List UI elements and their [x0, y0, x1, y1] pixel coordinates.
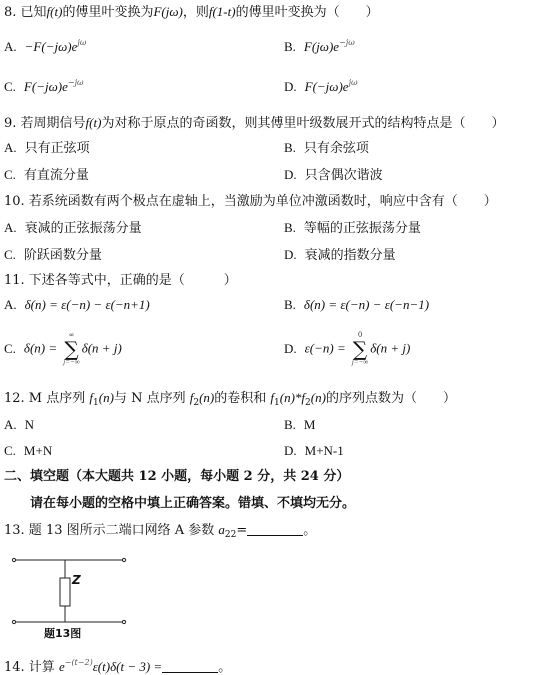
stem-text: 的序列点数为（ ） [326, 391, 456, 406]
q8-option-d[interactable]: D.F(−jω)ejω [284, 74, 358, 97]
stem-text: 。 [218, 660, 231, 675]
q9-option-a[interactable]: A.只有正弦项 [4, 139, 90, 158]
answer-blank[interactable] [162, 660, 218, 673]
q8-option-b[interactable]: B.F(jω)e−jω [284, 34, 355, 57]
section-2-instruction: 请在每小题的空格中填上正确答案。错填、不填均无分。 [30, 495, 355, 513]
stem-text: = [236, 523, 247, 538]
q11-option-d[interactable]: D.ε(−n) = 0∑j=−∞δ(n + j) [284, 332, 410, 366]
answer-blank[interactable] [247, 523, 303, 536]
option-expr: −F(−jω)e [25, 39, 78, 54]
option-label: C. [4, 247, 16, 262]
question-8-stem: 8. 已知f(t)的傅里叶变换为F(jω)，则f(1-t)的傅里叶变换为（ ） [4, 3, 379, 22]
stem-text: 13. 题 13 图所示二端口网络 A 参数 [4, 523, 214, 538]
stem-text: 的傅里叶变换为（ ） [236, 5, 379, 20]
question-14-stem: 14. 计算 e−(t−2)ε(t)δ(t − 3) =。 [4, 654, 231, 675]
option-label: A. [4, 140, 17, 155]
math-expr: ε(t)δ(t − 3) = [93, 659, 163, 674]
option-exponent: −jω [68, 78, 84, 87]
q8-option-a[interactable]: A.−F(−jω)ejω [4, 34, 86, 57]
option-text: 只有正弦项 [25, 141, 90, 156]
option-label: D. [284, 443, 297, 458]
option-label: A. [4, 39, 17, 54]
option-rhs: δ(n + j) [82, 341, 122, 356]
option-label: C. [4, 167, 16, 182]
option-expr: δ(n) = ε(−n) − ε(−n+1) [25, 297, 150, 312]
option-expr: F(−jω)e [305, 79, 349, 94]
q12-option-c[interactable]: C.M+N [4, 442, 52, 461]
exponent: −(t−2) [65, 658, 93, 667]
q10-option-c[interactable]: C.阶跃函数分量 [4, 246, 102, 265]
option-expr: F(−jω)e [24, 79, 68, 94]
q8-option-c[interactable]: C.F(−jω)e−jω [4, 74, 84, 97]
subscript: 22 [225, 530, 236, 540]
stem-text: 。 [303, 523, 316, 538]
stem-text: 的傅里叶变换为 [62, 5, 153, 20]
question-10-stem: 10. 若系统函数有两个极点在虚轴上，当激励为单位冲激函数时，响应中含有（ ） [4, 193, 497, 211]
summation-symbol: ∞∑j=−∞ [63, 332, 79, 366]
sum-lower-limit: j=−∞ [63, 359, 79, 366]
math-f-t: f(t) [47, 4, 63, 19]
option-label: A. [4, 220, 17, 235]
q9-option-c[interactable]: C.有直流分量 [4, 166, 89, 185]
option-expr: δ(n) = ε(−n) − ε(−n−1) [304, 297, 429, 312]
option-text: N [25, 417, 34, 432]
stem-text: 与 N 点序列 [114, 391, 186, 406]
q12-option-d[interactable]: D.M+N-1 [284, 442, 344, 461]
q9-option-d[interactable]: D.只含偶次谐波 [284, 166, 383, 185]
q10-option-b[interactable]: B.等幅的正弦振荡分量 [284, 219, 421, 238]
option-label: B. [284, 140, 296, 155]
q11-option-c[interactable]: C.δ(n) = ∞∑j=−∞δ(n + j) [4, 332, 122, 366]
q12-option-b[interactable]: B.M [284, 416, 315, 435]
option-label: B. [284, 297, 296, 312]
stem-text: 14. 计算 [4, 660, 55, 675]
question-11-stem: 11. 下述各等式中，正确的是（ ） [4, 272, 237, 290]
option-label: D. [284, 341, 297, 356]
option-label: D. [284, 79, 297, 94]
option-exponent: jω [77, 38, 86, 47]
stem-text: 9. 若周期信号 [4, 116, 86, 131]
stem-text: 12. M 点序列 [4, 391, 85, 406]
q11-option-a[interactable]: A.δ(n) = ε(−n) − ε(−n+1) [4, 296, 150, 315]
option-expr: F(jω)e [304, 39, 339, 54]
figure-caption: 题13图 [44, 625, 81, 641]
sum-lower-limit: j=−∞ [352, 359, 368, 366]
option-exponent: jω [349, 78, 358, 87]
option-text: M [304, 417, 316, 432]
option-text: 有直流分量 [24, 168, 89, 183]
summation-symbol: 0∑j=−∞ [352, 332, 368, 366]
option-text: 只含偶次谐波 [305, 168, 383, 183]
math-F-jw: F(jω) [153, 4, 182, 19]
option-exponent: −jω [339, 38, 355, 47]
option-label: D. [284, 247, 297, 262]
option-text: 衰减的正弦振荡分量 [25, 221, 142, 236]
option-label: C. [4, 443, 16, 458]
math-conv: (n)*f [280, 390, 305, 405]
math-f-t: f(t) [86, 115, 102, 130]
math-n: (n) [199, 390, 214, 405]
option-rhs: δ(n + j) [370, 341, 410, 356]
impedance-label: Z [72, 573, 81, 587]
question-9-stem: 9. 若周期信号f(t)为对称于原点的奇函数，则其傅里叶级数展开式的结构特点是（… [4, 114, 504, 133]
option-label: D. [284, 167, 297, 182]
q9-option-b[interactable]: B.只有余弦项 [284, 139, 369, 158]
option-text: M+N [24, 443, 52, 458]
option-label: B. [284, 39, 296, 54]
option-label: C. [4, 341, 16, 356]
option-lhs: δ(n) = [24, 341, 57, 356]
option-label: A. [4, 417, 17, 432]
option-text: 等幅的正弦振荡分量 [304, 221, 421, 236]
option-label: B. [284, 220, 296, 235]
option-label: C. [4, 79, 16, 94]
q10-option-a[interactable]: A.衰减的正弦振荡分量 [4, 219, 142, 238]
stem-text: ，则 [183, 5, 209, 20]
q12-option-a[interactable]: A.N [4, 416, 34, 435]
question-12-stem: 12. M 点序列 f1(n)与 N 点序列 f2(n)的卷积和 f1(n)*f… [4, 389, 456, 412]
option-lhs: ε(−n) = [305, 341, 346, 356]
math-n: (n) [311, 390, 326, 405]
stem-text: 的卷积和 [214, 391, 266, 406]
q10-option-d[interactable]: D.衰减的指数分量 [284, 246, 396, 265]
math-n: (n) [99, 390, 114, 405]
section-2-title: 二、填空题（本大题共 12 小题，每小题 2 分，共 24 分） [4, 468, 349, 486]
option-text: 衰减的指数分量 [305, 248, 396, 263]
option-label: B. [284, 417, 296, 432]
option-label: A. [4, 297, 17, 312]
math-f-1-t: f(1-t) [209, 4, 236, 19]
option-text: 只有余弦项 [304, 141, 369, 156]
q11-option-b[interactable]: B.δ(n) = ε(−n) − ε(−n−1) [284, 296, 429, 315]
stem-text: 8. 已知 [4, 5, 47, 20]
question-13-stem: 13. 题 13 图所示二端口网络 A 参数 a22=。 [4, 521, 316, 544]
option-text: M+N-1 [305, 443, 344, 458]
option-text: 阶跃函数分量 [24, 248, 102, 263]
stem-text: 为对称于原点的奇函数，则其傅里叶级数展开式的结构特点是（ ） [101, 116, 504, 131]
